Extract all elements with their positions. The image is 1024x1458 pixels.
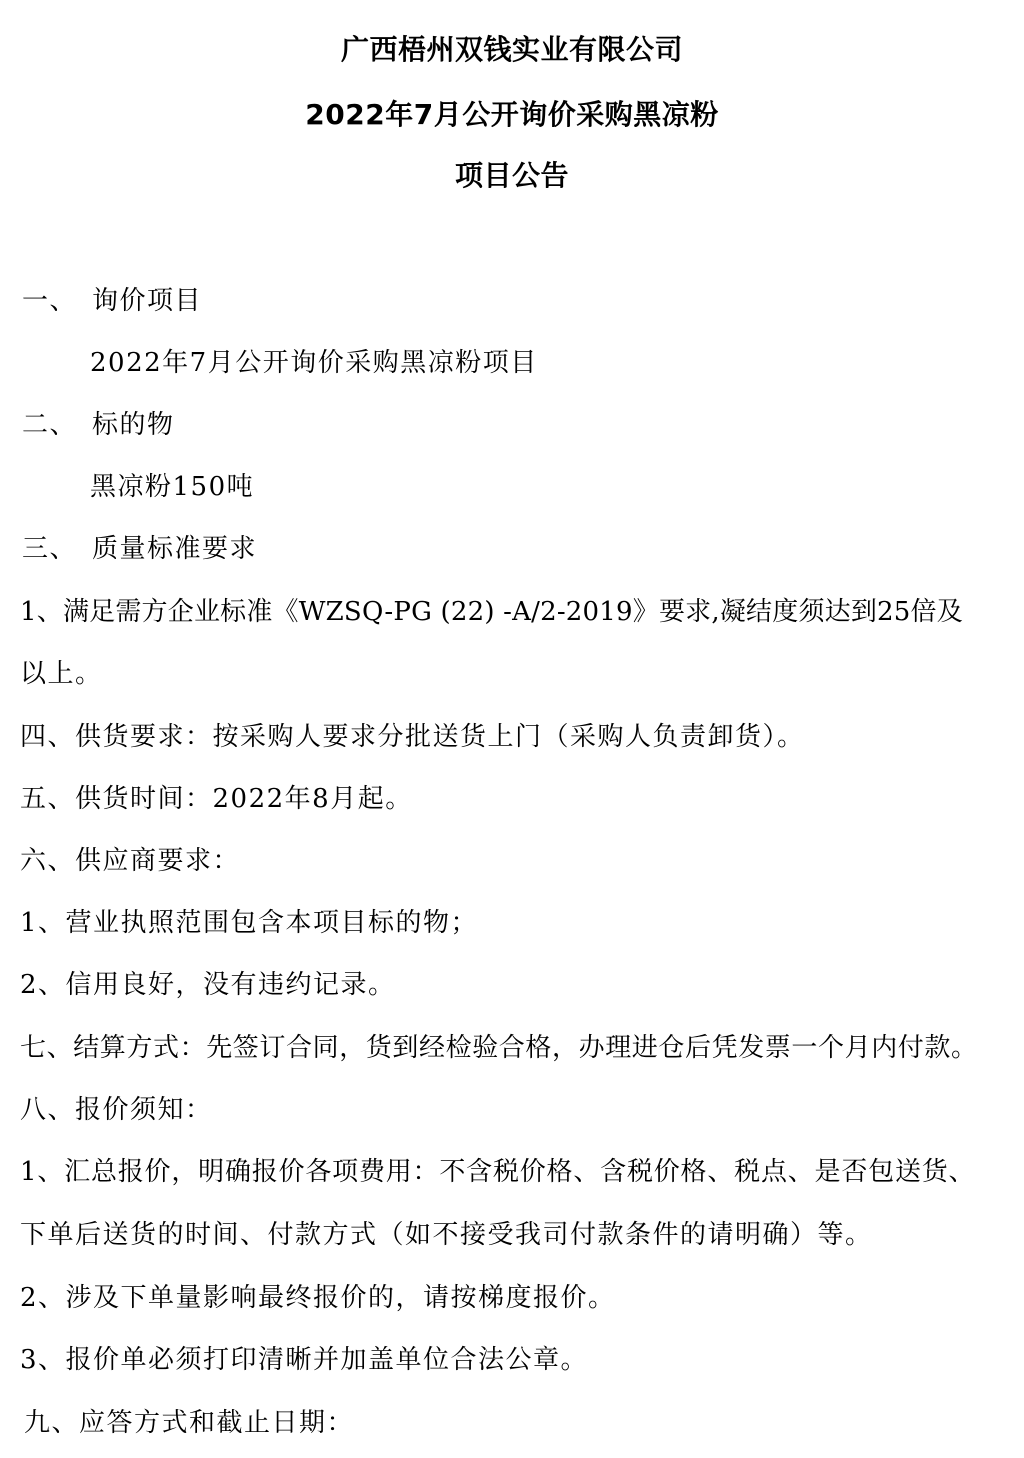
section-9-response-deadline: 九、应答方式和截止日期： — [24, 1406, 354, 1440]
section-8-item-1-cont: 下单后送货的时间、付款方式（如不接受我司付款条件的请明确）等。 — [20, 1218, 873, 1252]
section-1-heading: 一、询价项目 — [22, 284, 202, 318]
section-8-quotation-notes: 八、报价须知： — [20, 1093, 213, 1127]
section-3-number: 三、 — [22, 532, 92, 566]
company-name: 广西梧州双钱实业有限公司 — [0, 32, 1024, 68]
section-6-supplier-requirements: 六、供应商要求： — [20, 844, 240, 878]
section-2-title: 标的物 — [92, 410, 175, 440]
section-3-item-1: 1、满足需方企业标准《WZSQ-PG (22) -A/2-2019》要求,凝结度… — [20, 595, 963, 629]
section-8-item-2: 2、涉及下单量影响最终报价的，请按梯度报价。 — [20, 1281, 616, 1315]
section-1-number: 一、 — [22, 284, 92, 318]
section-1-body: 2022年7月公开询价采购黑凉粉项目 — [90, 346, 538, 380]
section-8-item-3: 3、报价单必须打印清晰并加盖单位合法公章。 — [20, 1343, 588, 1377]
section-6-item-2: 2、信用良好，没有违约记录。 — [20, 968, 396, 1002]
section-3-heading: 三、质量标准要求 — [22, 532, 257, 566]
section-3-item-1-cont: 以上。 — [20, 657, 103, 691]
section-2-body: 黑凉粉150吨 — [90, 470, 254, 504]
section-1-title: 询价项目 — [92, 286, 202, 316]
section-8-item-1: 1、汇总报价，明确报价各项费用：不含税价格、含税价格、税点、是否包送货、 — [20, 1155, 975, 1189]
section-2-heading: 二、标的物 — [22, 408, 175, 442]
section-4-delivery-requirements: 四、供货要求：按采购人要求分批送货上门（采购人负责卸货）。 — [20, 720, 805, 754]
section-5-delivery-time: 五、供货时间：2022年8月起。 — [20, 782, 413, 816]
section-2-number: 二、 — [22, 408, 92, 442]
section-7-settlement-method: 七、结算方式：先签订合同，货到经检验合格，办理进仓后凭发票一个月内付款。 — [20, 1031, 978, 1065]
section-3-title: 质量标准要求 — [92, 534, 257, 564]
announcement-subject: 2022年7月公开询价采购黑凉粉 — [0, 97, 1024, 133]
section-6-item-1: 1、营业执照范围包含本项目标的物； — [20, 906, 478, 940]
document-type-title: 项目公告 — [0, 158, 1024, 194]
